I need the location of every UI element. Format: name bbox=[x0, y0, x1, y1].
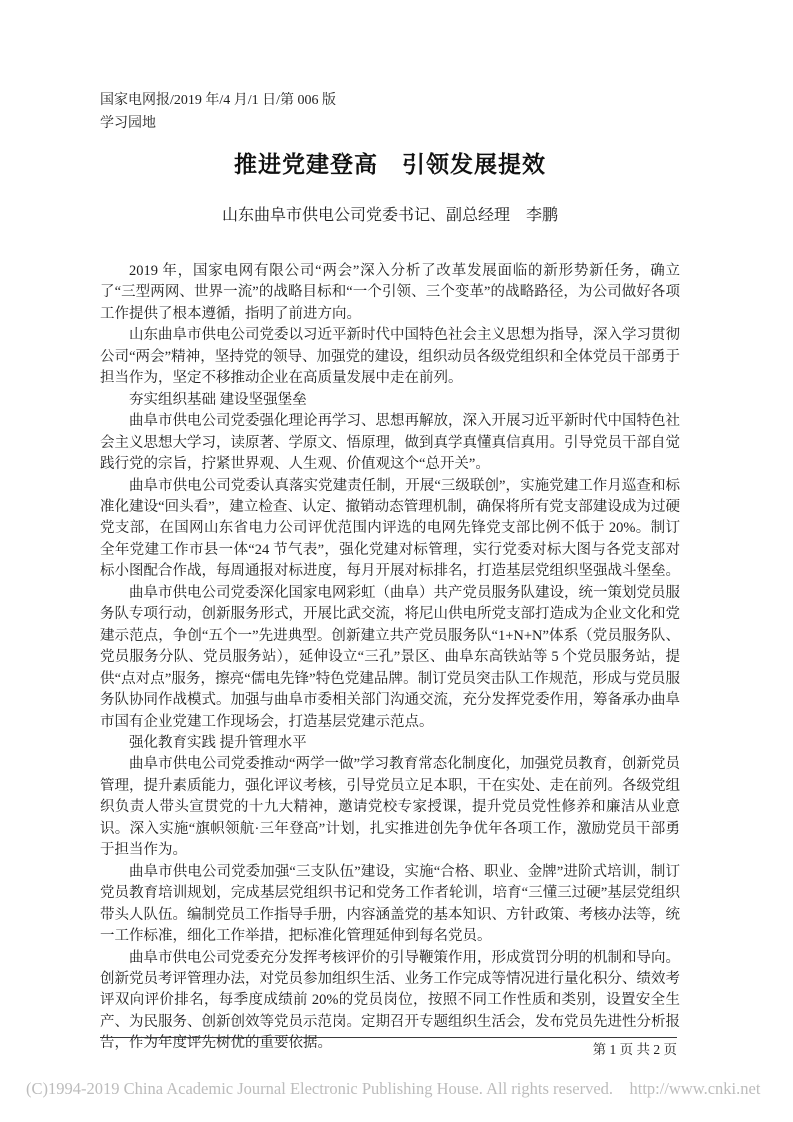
body-paragraph: 曲阜市供电公司党委认真落实党建责任制，开展“三级联创”，实施党建工作月巡查和标准… bbox=[100, 476, 680, 583]
section-name: 学习园地 bbox=[100, 112, 680, 135]
body-paragraph: 曲阜市供电公司党委加强“三支队伍”建设，实施“合格、职业、金牌”进阶式培训，制订… bbox=[100, 862, 680, 948]
body-paragraph: 山东曲阜市供电公司党委以习近平新时代中国特色社会主义思想为指导，深入学习贯彻公司… bbox=[100, 325, 680, 389]
document-header: 国家电网报/2019 年/4 月/1 日/第 006 版 学习园地 bbox=[100, 89, 680, 135]
copyright-notice: (C)1994-2019 China Academic Journal Elec… bbox=[26, 1079, 760, 1099]
body-paragraph: 曲阜市供电公司党委推动“两学一做”学习教育常态化制度化，加强党员教育，创新党员管… bbox=[100, 754, 680, 861]
body-paragraph: 曲阜市供电公司党委深化国家电网彩虹（曲阜）共产党员服务队建设，统一策划党员服务队… bbox=[100, 583, 680, 733]
article-byline: 山东曲阜市供电公司党委书记、副总经理 李鹏 bbox=[100, 204, 680, 228]
section-subhead: 强化教育实践 提升管理水平 bbox=[100, 733, 680, 754]
footer-divider bbox=[100, 1037, 677, 1038]
article-title: 推进党建登高 引领发展提效 bbox=[100, 148, 680, 182]
document-page: 国家电网报/2019 年/4 月/1 日/第 006 版 学习园地 推进党建登高… bbox=[0, 0, 793, 1122]
body-paragraph: 曲阜市供电公司党委充分发挥考核评价的引导鞭策作用，形成赏罚分明的机制和导向。创新… bbox=[100, 948, 680, 1055]
publication-info: 国家电网报/2019 年/4 月/1 日/第 006 版 bbox=[100, 89, 680, 112]
page-number: 第 1 页 共 2 页 bbox=[100, 1041, 677, 1059]
body-paragraph: 曲阜市供电公司党委强化理论再学习、思想再解放，深入开展习近平新时代中国特色社会主… bbox=[100, 411, 680, 475]
body-paragraph: 2019 年，国家电网有限公司“两会”深入分析了改革发展面临的新形势新任务，确立… bbox=[100, 261, 680, 325]
section-subhead: 夯实组织基础 建设坚强堡垒 bbox=[100, 390, 680, 411]
article-body: 2019 年，国家电网有限公司“两会”深入分析了改革发展面临的新形势新任务，确立… bbox=[100, 261, 680, 1055]
